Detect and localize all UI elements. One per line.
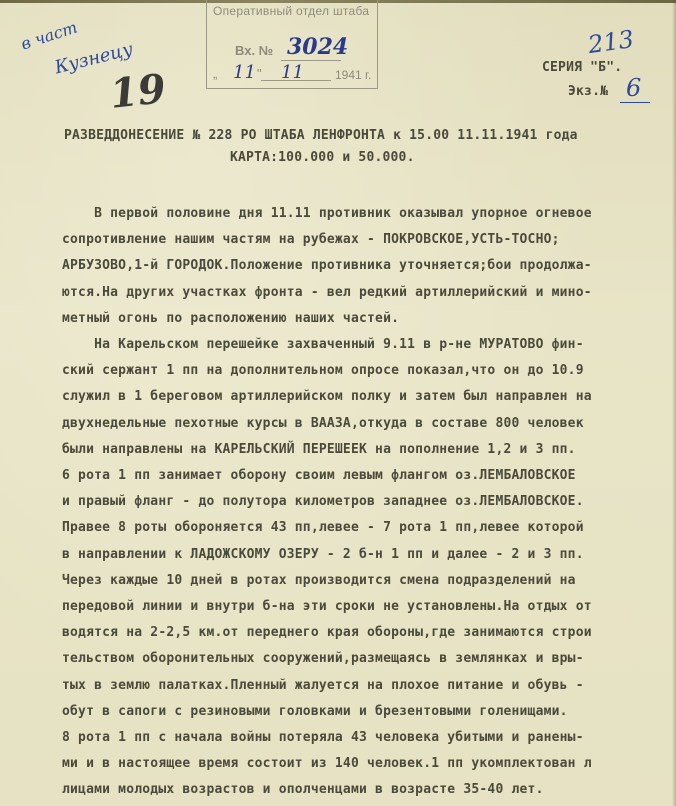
series-label: СЕРИЯ "Б". [542, 60, 622, 75]
body-line: лицами молодых возрастов и ополченцами в… [62, 782, 544, 797]
handwritten-sheet-number: 213 [586, 25, 635, 59]
body-line: тых в землю палатках.Пленный жалуется на… [62, 678, 584, 693]
body-line: ются.На других участках фронта - вел ред… [62, 285, 592, 300]
stamp-date-quote-open: „ [213, 66, 217, 81]
copy-label: Экз.№ [568, 84, 608, 99]
body-line: 6 рота 1 пп занимает оборону своим левым… [62, 468, 576, 483]
body-line: ский сержант 1 пп на дополнительном опро… [62, 363, 584, 378]
body-line: сопротивление нашим частям на рубежах - … [62, 232, 560, 247]
body-line: тельством оборонительных сооружений,разм… [62, 651, 584, 666]
scan-right-edge [672, 0, 676, 806]
body-line: Через каждые 10 дней в ротах производитс… [62, 573, 576, 588]
body-line: ми и в настоящее время состоит из 140 че… [62, 756, 592, 771]
body-line: метный огонь по расположению наших часте… [62, 311, 399, 326]
body-line: Правее 8 роты обороняется 43 пп,левее - … [62, 520, 584, 535]
body-line: На Карельском перешейке захваченный 9.11… [62, 337, 584, 352]
document-title: РАЗВЕДДОНЕСЕНИЕ № 228 РО ШТАБА ЛЕНФРОНТА… [64, 128, 578, 143]
handwritten-note-line-1: в част [18, 17, 79, 53]
stamp-date-year: 1941 г. [335, 68, 371, 82]
stamp-date-quote-close: " [257, 66, 262, 81]
document-map-scale: КАРТА:100.000 и 50.000. [230, 150, 415, 165]
body-line: обут в сапоги с резиновыми головками и б… [62, 704, 568, 719]
body-line: передовой линии и внутри б-на эти сроки … [62, 599, 592, 614]
body-line: и правый фланг - до полутора километров … [62, 494, 584, 509]
stamp-date-underline [261, 80, 331, 81]
body-line: АРБУЗОВО,1-й ГОРОДОК.Положение противник… [62, 258, 592, 273]
body-line: 8 рота 1 пп с начала войны потеряла 43 ч… [62, 730, 584, 745]
stamp-inbox-underline [281, 60, 341, 61]
received-stamp: Оперативный отдел штаба Вх. № 3024 „ 11 … [206, 0, 378, 89]
stamp-inbox-number: 3024 [287, 34, 348, 60]
copy-number-underline [620, 102, 650, 103]
body-line: в направлении к ЛАДОЖСКОМУ ОЗЕРУ - 2 б-н… [62, 547, 584, 562]
stamp-department: Оперативный отдел штаба [213, 4, 369, 18]
body-line: двухнедельные пехотные курсы в ВААЗА,отк… [62, 416, 584, 431]
document-page: Оперативный отдел штаба Вх. № 3024 „ 11 … [0, 0, 676, 806]
body-line: служил в 1 береговом артиллерийском полк… [62, 389, 592, 404]
body-line: были направлены на КАРЕЛЬСКИЙ ПЕРЕШЕЕК н… [62, 442, 576, 457]
handwritten-page-number: 19 [108, 65, 168, 118]
body-line: В первой половине дня 11.11 противник ок… [62, 206, 592, 221]
body-line: водятся на 2-2,5 км.от переднего края об… [62, 625, 592, 640]
stamp-date-day: 11 [233, 62, 256, 83]
copy-number: 6 [626, 74, 641, 102]
stamp-inbox-label: Вх. № [235, 43, 273, 58]
